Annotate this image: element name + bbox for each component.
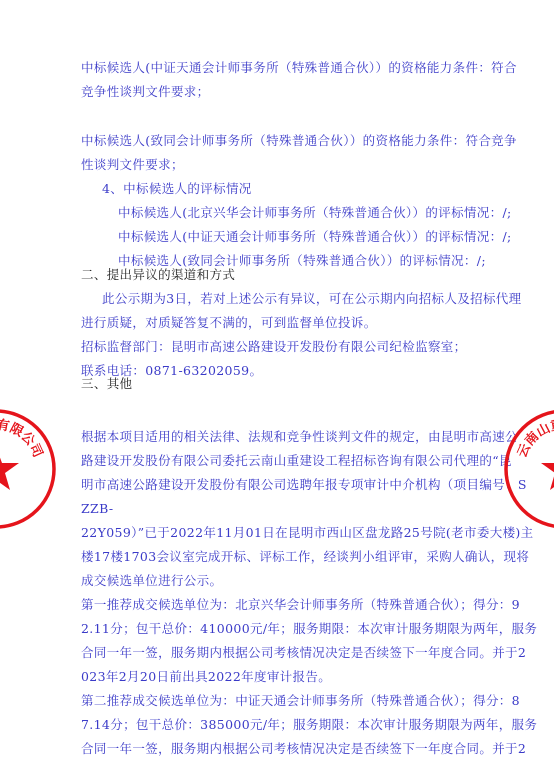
- other-paragraph-line-6: 楼17楼1703会议室完成开标、评标工作，经谈判小组评审，采购人确认，现将: [81, 549, 529, 565]
- document-page: 中标候选人(中证天通会计师事务所（特殊普通合伙））的资格能力条件：符合 竞争性谈…: [0, 0, 554, 783]
- second-candidate-line-3: 合同一年一签，服务期内根据公司考核情况决定是否续签下一年度合同。并于2: [81, 741, 526, 757]
- other-paragraph-line-1: 根据本项目适用的相关法律、法规和竞争性谈判文件的规定，由昆明市高速公: [81, 429, 518, 445]
- section-4-heading: 4、中标候选人的评标情况: [102, 181, 252, 197]
- seal-star-icon: [541, 447, 554, 490]
- section-2-heading: 二、提出异议的渠道和方式: [81, 267, 235, 283]
- other-paragraph-line-3: 明市高速公路建设开发股份有限公司选聘年报专项审计中介机构（项目编号：S: [81, 477, 527, 493]
- qualification-line-zhitong-1: 中标候选人(致同会计师事务所（特殊普通合伙））的资格能力条件：符合竞争: [81, 133, 517, 149]
- qualification-line-zhongzheng-1: 中标候选人(中证天通会计师事务所（特殊普通合伙））的资格能力条件：符合: [81, 60, 517, 76]
- other-paragraph-line-4: ZZB-: [81, 501, 113, 517]
- second-candidate-line-1: 第二推荐成交候选单位为：中证天通会计师事务所（特殊普通合伙）；得分：8: [81, 693, 520, 709]
- svg-text:云南山重建设工程: 云南山重建设工程: [515, 416, 554, 459]
- evaluation-line-beijing: 中标候选人(北京兴华会计师事务所（特殊普通合伙））的评标情况：/;: [118, 205, 512, 221]
- svg-text:招标咨询有限公司: 招标咨询有限公司: [0, 417, 46, 460]
- first-candidate-line-2: 2.11分；包干总价：410000元/年；服务期限：本次审计服务期限为两年，服务: [81, 621, 537, 637]
- company-seal-left: 招标咨询有限公司: [0, 405, 60, 533]
- other-paragraph-line-5: 22Y059）”已于2022年11月01日在昆明市西山区盘龙路25号院(老市委大…: [81, 525, 534, 541]
- evaluation-line-zhongzheng: 中标候选人(中证天通会计师事务所（特殊普通合伙））的评标情况：/;: [118, 229, 512, 245]
- objection-paragraph-2: 进行质疑，对质疑答复不满的，可到监督单位投诉。: [81, 315, 377, 331]
- second-candidate-line-2: 7.14分；包干总价：385000元/年；服务期限：本次审计服务期限为两年，服务: [81, 717, 537, 733]
- other-paragraph-line-2: 路建设开发股份有限公司委托云南山重建设工程招标咨询有限公司代理的“昆: [81, 453, 512, 469]
- seal-star-icon: [0, 447, 19, 490]
- first-candidate-line-4: 023年2月20日前出具2022年度审计报告。: [81, 669, 331, 685]
- company-seal-right: 云南山重建设工程: [500, 405, 554, 533]
- objection-paragraph-1: 此公示期为3日，若对上述公示有异议，可在公示期内向招标人及招标代理: [102, 291, 522, 307]
- section-3-heading: 三、其他: [81, 376, 132, 392]
- first-candidate-line-1: 第一推荐成交候选单位为：北京兴华会计师事务所（特殊普通合伙）；得分：9: [81, 597, 520, 613]
- qualification-line-zhongzheng-2: 竞争性谈判文件要求；: [81, 84, 210, 100]
- qualification-line-zhitong-2: 性谈判文件要求；: [81, 157, 184, 173]
- supervision-department: 招标监督部门：昆明市高速公路建设开发股份有限公司纪检监察室；: [81, 339, 467, 355]
- other-paragraph-line-7: 成交候选单位进行公示。: [81, 573, 222, 589]
- first-candidate-line-3: 合同一年一签，服务期内根据公司考核情况决定是否续签下一年度合同。并于2: [81, 645, 526, 661]
